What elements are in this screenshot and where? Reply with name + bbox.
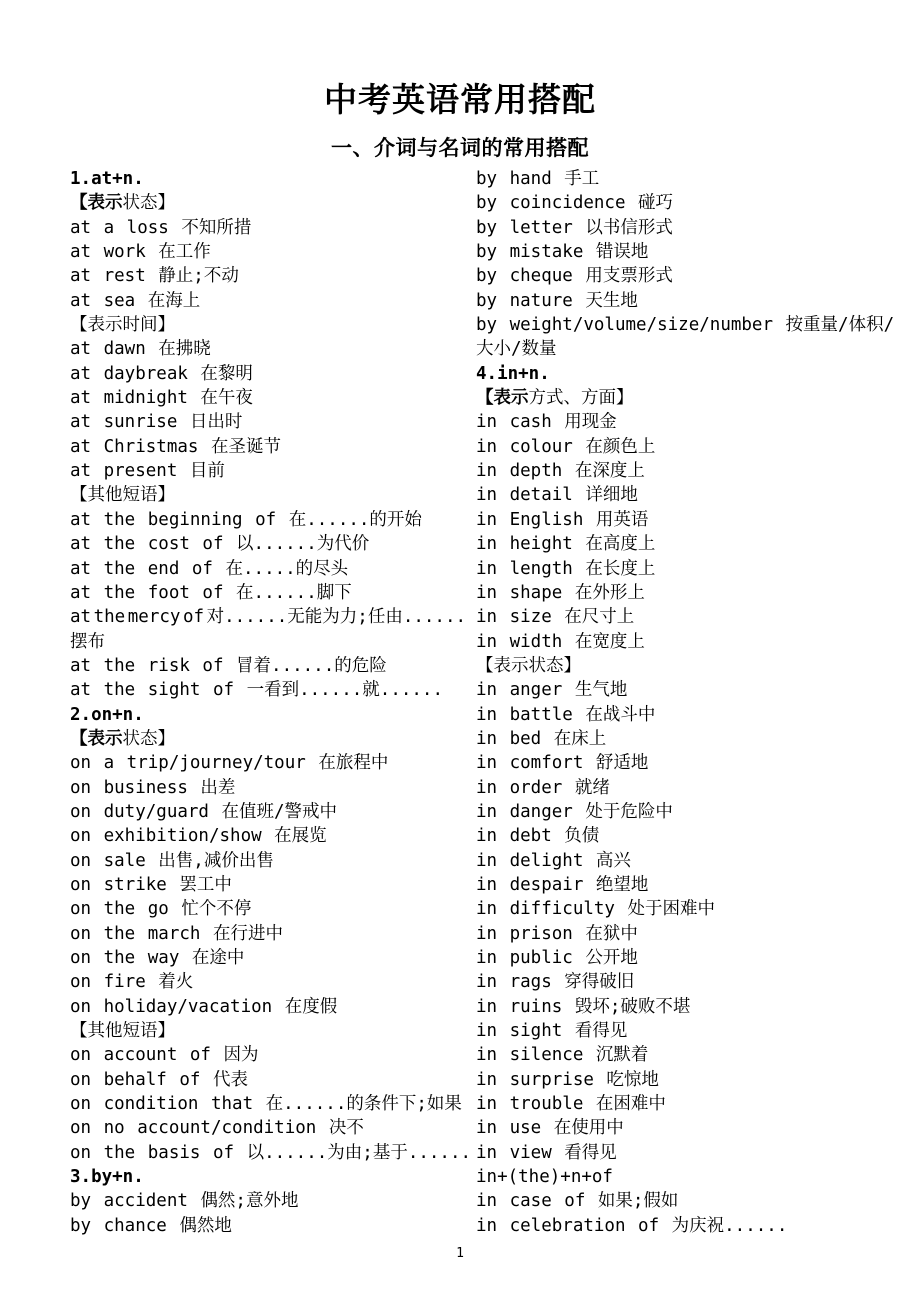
section-heading: 【表示时间】 [70,313,500,337]
phrase-line: at a loss 不知所措 [70,216,500,240]
phrase-line: on behalf of 代表 [70,1068,500,1092]
phrase-line: by coincidence 碰巧 [476,191,916,215]
phrase-line: in length 在长度上 [476,557,916,581]
phrase-line: at the beginning of 在......的开始 [70,508,500,532]
phrase-line: in sight 看得见 [476,1019,916,1043]
phrase-line: on fire 着火 [70,970,500,994]
phrase-line: in English 用英语 [476,508,916,532]
page-number: 1 [0,1246,920,1261]
phrase-line: in case of 如果;假如 [476,1189,916,1213]
phrase-line: 大小/数量 [476,337,916,361]
section-heading-text: 【其他短语】 [70,1021,175,1041]
doc-subtitle: 一、介词与名词的常用搭配 [0,132,920,162]
phrase-line: in cash 用现金 [476,410,916,434]
phrase-line: in difficulty 处于困难中 [476,897,916,921]
column-right: by hand 手工by coincidence 碰巧by letter 以书信… [476,167,916,1238]
phrase-line: in despair 绝望地 [476,873,916,897]
phrase-line: at the foot of 在......脚下 [70,581,500,605]
phrase-line: by weight/volume/size/number 按重量/体积/ [476,313,916,337]
group-heading: 1.at+n. [70,167,500,191]
group-heading: 3.by+n. [70,1165,500,1189]
phrase-line: on strike 罢工中 [70,873,500,897]
section-heading: 【表示状态】 [70,191,500,215]
phrase-line: in colour 在颜色上 [476,435,916,459]
section-heading-text: 【表示状态】 [476,656,581,676]
phrase-line: on the basis of 以......为由;基于...... [70,1141,500,1165]
section-heading: 【其他短语】 [70,483,500,507]
phrase-line: by hand 手工 [476,167,916,191]
phrase-line: in shape 在外形上 [476,581,916,605]
phrase-line: in comfort 舒适地 [476,751,916,775]
phrase-line: by accident 偶然;意外地 [70,1189,500,1213]
phrase-line: on condition that 在......的条件下;如果 [70,1092,500,1116]
section-heading: 【表示状态】 [70,727,500,751]
group-heading: 4.in+n. [476,362,916,386]
phrase-line: in delight 高兴 [476,849,916,873]
phrase-line: at dawn 在拂晓 [70,337,500,361]
section-heading: 【表示方式、方面】 [476,386,916,410]
phrase-line: in width 在宽度上 [476,630,916,654]
column-left: 1.at+n.【表示状态】at a loss 不知所措at work 在工作at… [70,167,500,1238]
phrase-line: on the way 在途中 [70,946,500,970]
group-heading: 2.on+n. [70,703,500,727]
phrase-line: on the march 在行进中 [70,922,500,946]
phrase-line: in order 就绪 [476,776,916,800]
phrase-line: at the cost of 以......为代价 [70,532,500,556]
phrase-line: at midnight 在午夜 [70,386,500,410]
phrase-line: at the mercy of 对......无能为力;任由...... [70,605,500,629]
phrase-line: on no account/condition 决不 [70,1116,500,1140]
phrase-line: at present 目前 [70,459,500,483]
phrase-line: in use 在使用中 [476,1116,916,1140]
phrase-line: in silence 沉默着 [476,1043,916,1067]
phrase-line: in celebration of 为庆祝...... [476,1214,916,1238]
phrase-line: at the end of 在.....的尽头 [70,557,500,581]
phrase-line: in trouble 在困难中 [476,1092,916,1116]
phrase-line: by letter 以书信形式 [476,216,916,240]
phrase-line: in ruins 毁坏;破败不堪 [476,995,916,1019]
section-heading-bold-part: 【表示 [476,388,529,408]
phrase-line: in surprise 吃惊地 [476,1068,916,1092]
phrase-line: at sea 在海上 [70,289,500,313]
phrase-line: by mistake 错误地 [476,240,916,264]
section-heading: 【其他短语】 [70,1019,500,1043]
doc-title: 中考英语常用搭配 [0,74,920,121]
phrase-line: at daybreak 在黎明 [70,362,500,386]
phrase-line: in bed 在床上 [476,727,916,751]
section-heading-text: 方式、方面】 [529,388,634,408]
phrase-line: by nature 天生地 [476,289,916,313]
phrase-line: in height 在高度上 [476,532,916,556]
phrase-line: in battle 在战斗中 [476,703,916,727]
phrase-line: on a trip/journey/tour 在旅程中 [70,751,500,775]
phrase-line: at rest 静止;不动 [70,264,500,288]
phrase-line: in+(the)+n+of [476,1165,916,1189]
phrase-line: on holiday/vacation 在度假 [70,995,500,1019]
phrase-line: on duty/guard 在值班/警戒中 [70,800,500,824]
phrase-line: at work 在工作 [70,240,500,264]
section-heading-text: 状态】 [123,193,176,213]
phrase-line: in size 在尺寸上 [476,605,916,629]
phrase-line: on sale 出售,减价出售 [70,849,500,873]
section-heading: 【表示状态】 [476,654,916,678]
document-page: 中考英语常用搭配 一、介词与名词的常用搭配 1.at+n.【表示状态】at a … [0,0,920,1302]
section-heading-bold-part: 【表示 [70,729,123,749]
phrase-line: on exhibition/show 在展览 [70,824,500,848]
phrase-line: in danger 处于危险中 [476,800,916,824]
phrase-line: in rags 穿得破旧 [476,970,916,994]
phrase-line: in detail 详细地 [476,483,916,507]
phrase-line: at sunrise 日出时 [70,410,500,434]
phrase-line: by cheque 用支票形式 [476,264,916,288]
phrase-line: in depth 在深度上 [476,459,916,483]
phrase-line: by chance 偶然地 [70,1214,500,1238]
phrase-line: in view 看得见 [476,1141,916,1165]
phrase-line: on the go 忙个不停 [70,897,500,921]
phrase-line: at the sight of 一看到......就...... [70,678,500,702]
phrase-line: on business 出差 [70,776,500,800]
phrase-line: in public 公开地 [476,946,916,970]
phrase-line: in debt 负债 [476,824,916,848]
phrase-line: on account of 因为 [70,1043,500,1067]
phrase-line: in anger 生气地 [476,678,916,702]
section-heading-text: 【表示时间】 [70,315,175,335]
phrase-line: 摆布 [70,630,500,654]
phrase-line: at the risk of 冒着......的危险 [70,654,500,678]
section-heading-text: 【其他短语】 [70,485,175,505]
section-heading-bold-part: 【表示 [70,193,123,213]
phrase-line: in prison 在狱中 [476,922,916,946]
section-heading-text: 状态】 [123,729,176,749]
phrase-line: at Christmas 在圣诞节 [70,435,500,459]
